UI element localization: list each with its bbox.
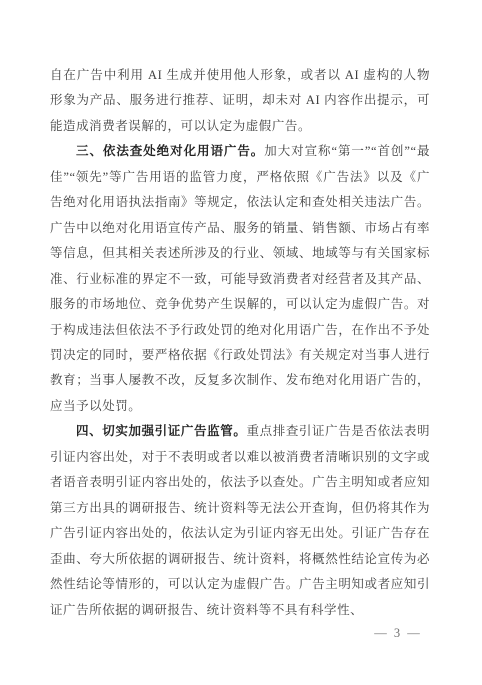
paragraph-section-4: 四、切实加强引证广告监管。重点排查引证广告是否依法表明引证内容出处，对于不表明或… — [50, 419, 430, 623]
document-body: 自在广告中利用 AI 生成并使用他人形象，或者以 AI 虚构的人物形象为产品、服… — [50, 63, 430, 623]
paragraph-text: 加大对宣称“第一”“首创”“最佳”“领先”等广告用语的监管力度，严格依照《广告法… — [50, 144, 430, 413]
paragraph-bold-lead: 三、依法查处绝对化用语广告。 — [76, 144, 264, 158]
paragraph-continuation: 自在广告中利用 AI 生成并使用他人形象，或者以 AI 虚构的人物形象为产品、服… — [50, 63, 430, 139]
paragraph-bold-lead: 四、切实加强引证广告监管。 — [76, 424, 246, 438]
page-number: — 3 — — [348, 626, 448, 641]
paragraph-text: 自在广告中利用 AI 生成并使用他人形象，或者以 AI 虚构的人物形象为产品、服… — [50, 68, 430, 133]
paragraph-section-3: 三、依法查处绝对化用语广告。加大对宣称“第一”“首创”“最佳”“领先”等广告用语… — [50, 139, 430, 419]
paragraph-text: 重点排查引证广告是否依法表明引证内容出处，对于不表明或者以难以被消费者清晰识别的… — [50, 424, 430, 616]
document-page: 自在广告中利用 AI 生成并使用他人形象，或者以 AI 虚构的人物形象为产品、服… — [0, 0, 482, 685]
